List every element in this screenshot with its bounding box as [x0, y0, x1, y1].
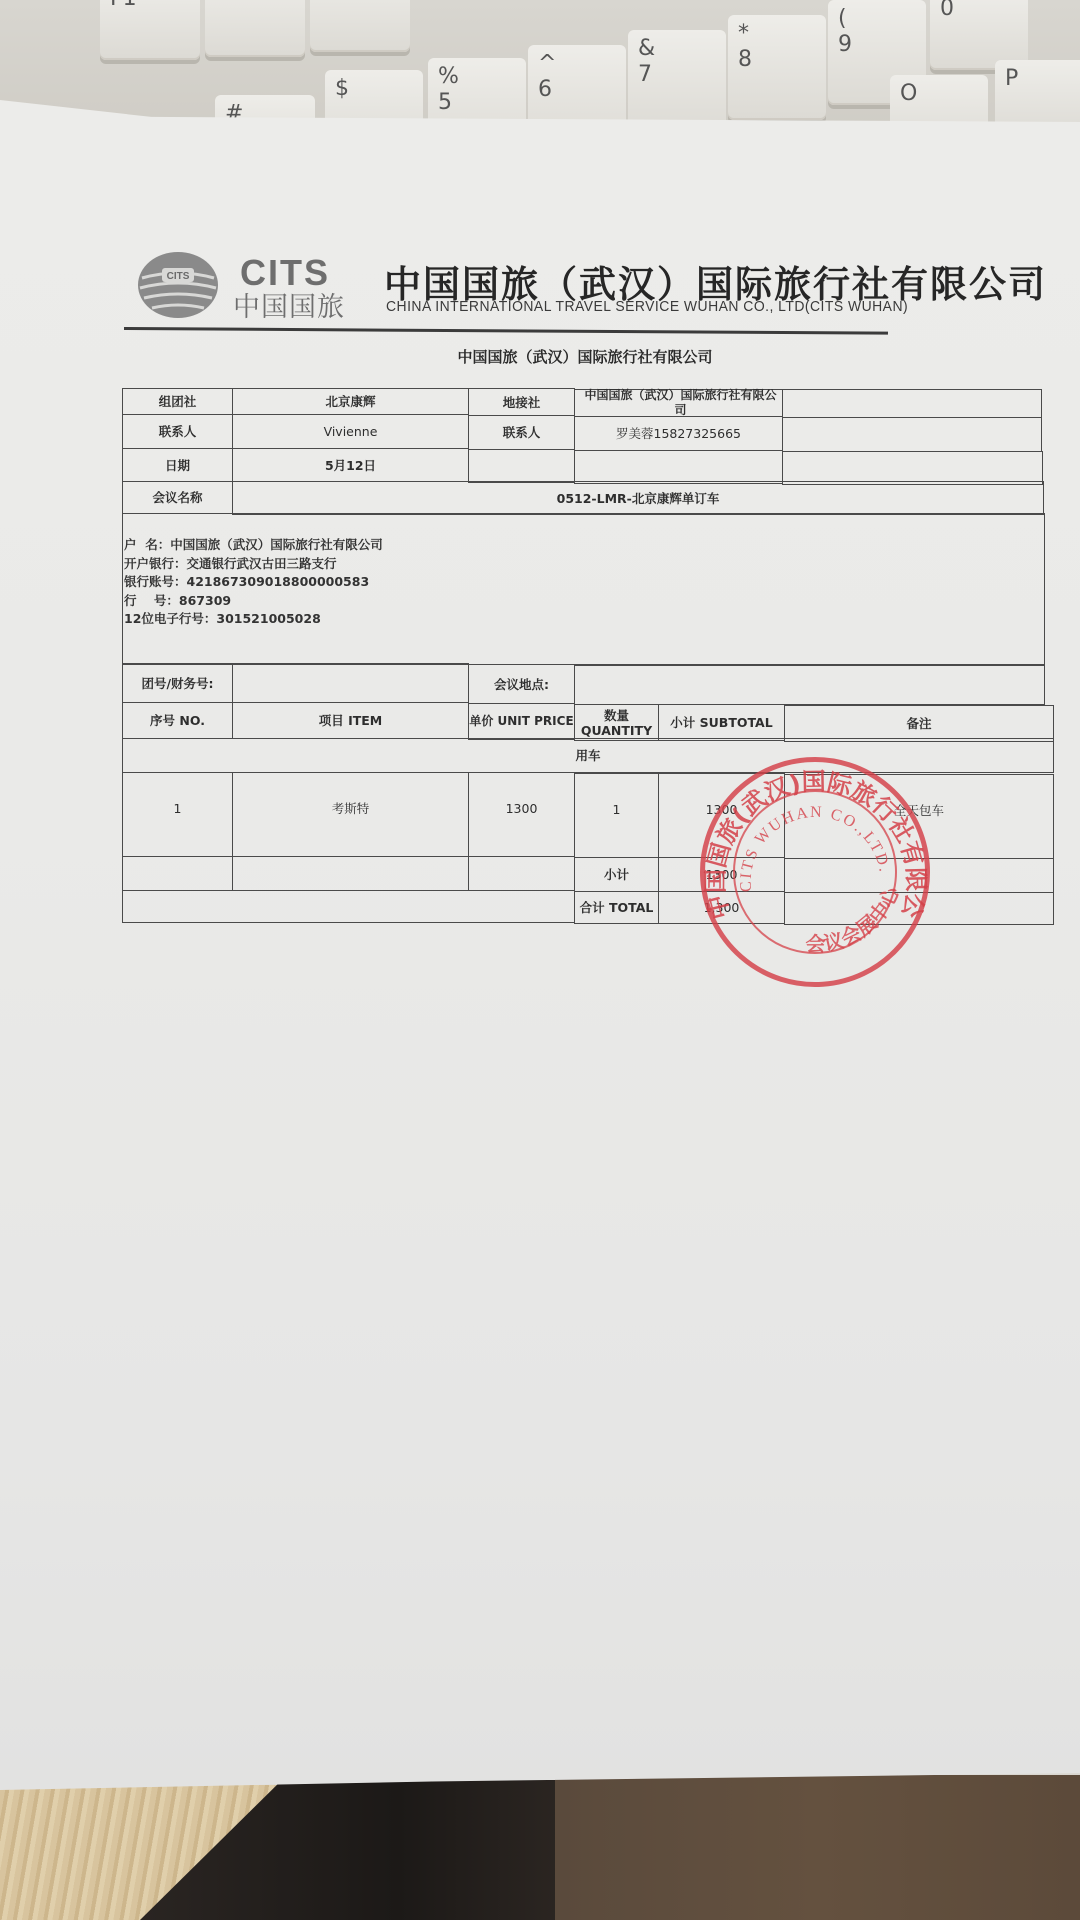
header-item: 项目 ITEM	[232, 702, 469, 739]
header-note: 备注	[784, 705, 1054, 742]
value-venue	[574, 665, 1045, 705]
label-total: 合计 TOTAL	[574, 891, 659, 924]
item-name: 考斯特	[232, 772, 469, 857]
empty-cell	[574, 450, 783, 484]
empty-cell	[782, 451, 1043, 485]
empty-cell	[468, 856, 575, 891]
label-tour-organizer: 组团社	[122, 388, 233, 415]
bank-electronic-code: 12位电子行号：301521005028	[124, 610, 383, 629]
value-local-contact: 罗美蓉15827325665	[574, 416, 783, 451]
value-total: 1,300	[658, 891, 785, 924]
empty-cell	[122, 890, 575, 923]
bank-account-name: 户 名：中国国旅（武汉）国际旅行社有限公司	[124, 536, 383, 555]
label-date: 日期	[122, 448, 233, 482]
header-quantity-en: QUANTITY	[581, 723, 652, 738]
item-no: 1	[122, 772, 233, 857]
bank-info: 户 名：中国国旅（武汉）国际旅行社有限公司 开户银行：交通银行武汉古田三路支行 …	[124, 536, 383, 629]
label-local-contact: 联系人	[468, 415, 575, 450]
empty-cell	[468, 449, 575, 483]
form-grid: 组团社 北京康辉 地接社 中国国旅（武汉）国际旅行社有限公司 联系人 Vivie…	[0, 0, 1080, 1920]
value-date: 5月12日	[232, 448, 469, 482]
value-meeting-name: 0512-LMR-北京康辉单订车	[232, 481, 1044, 515]
header-quantity-cn: 数量	[604, 708, 629, 723]
header-no: 序号 NO.	[122, 702, 233, 739]
label-contact: 联系人	[122, 414, 233, 449]
empty-cell	[782, 417, 1042, 452]
label-meeting-name: 会议名称	[122, 481, 233, 514]
item-quantity: 1	[574, 773, 659, 858]
empty-cell	[784, 892, 1054, 925]
item-unit-price: 1300	[468, 772, 575, 857]
label-local-agency: 地接社	[468, 388, 575, 416]
header-unit-price: 单价 UNIT PRICE	[468, 703, 575, 740]
value-subtotal: 1300	[658, 857, 785, 892]
label-group-no: 团号/财务号:	[122, 663, 233, 703]
item-subtotal: 1300	[658, 773, 785, 858]
value-tour-organizer: 北京康辉	[232, 388, 469, 415]
value-local-agency: 中国国旅（武汉）国际旅行社有限公司	[574, 389, 783, 417]
label-venue: 会议地点:	[468, 664, 575, 704]
bank-code: 行 号：867309	[124, 592, 383, 611]
section-vehicle: 用车	[122, 738, 1054, 773]
label-subtotal: 小计	[574, 857, 659, 892]
empty-cell	[782, 389, 1042, 418]
empty-cell	[232, 856, 469, 891]
header-quantity: 数量 QUANTITY	[574, 704, 659, 741]
header-subtotal: 小计 SUBTOTAL	[658, 704, 785, 741]
empty-cell	[784, 858, 1054, 893]
item-note: 全天包车	[784, 774, 1054, 859]
empty-cell	[122, 856, 233, 891]
bank-name: 开户银行：交通银行武汉古田三路支行	[124, 555, 383, 574]
bank-account-number: 银行账号：421867309018800000583	[124, 573, 383, 592]
value-contact: Vivienne	[232, 414, 469, 449]
value-group-no	[232, 663, 469, 703]
